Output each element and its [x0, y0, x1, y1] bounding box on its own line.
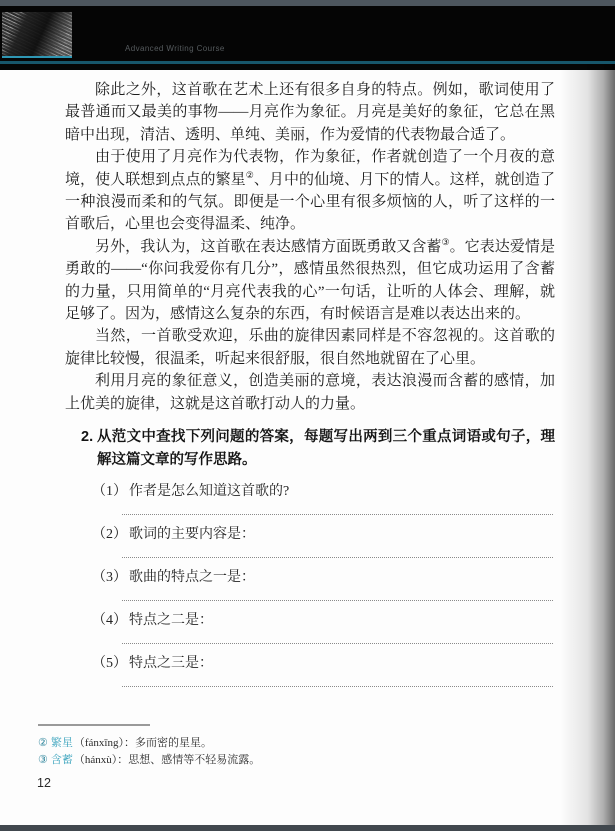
bottom-strip	[0, 825, 615, 831]
book-page: Advanced Writing Course 除此之外，这首歌在艺术上还有很多…	[0, 0, 615, 831]
question-5-marker: （5）	[92, 656, 127, 671]
footnote-3-definition: （hánxù）：思想、感情等不轻易流露。	[74, 754, 260, 766]
answer-blank-line-4	[122, 643, 553, 644]
question-1-marker: （1）	[92, 484, 127, 499]
question-5: （5）特点之三是：	[92, 654, 555, 674]
footnote-ref-3: ③	[441, 237, 449, 247]
question-3: （3）歌曲的特点之一是：	[92, 568, 555, 588]
page-content: 除此之外，这首歌在艺术上还有很多自身的特点。例如，歌词使用了最普通而又最美的事物…	[65, 70, 555, 687]
page-edge-shadow	[560, 64, 615, 825]
question-4-marker: （4）	[92, 613, 127, 628]
paragraph-1: 除此之外，这首歌在艺术上还有很多自身的特点。例如，歌词使用了最普通而又最美的事物…	[65, 79, 555, 146]
question-1: （1）作者是怎么知道这首歌的?	[92, 482, 555, 502]
paragraph-5-text: 利用月亮的象征意义，创造美丽的意境，表达浪漫而含蓄的感情，加上优美的旋律，这就是…	[65, 373, 555, 411]
footnote-2-definition: （fánxīng）：多而密的星星。	[74, 737, 212, 749]
question-2-marker: （2）	[92, 527, 127, 542]
answer-blank-line-3	[122, 600, 553, 601]
footnotes-section: ②繁星（fánxīng）：多而密的星星。 ③含蓄（hánxù）：思想、感情等不轻…	[38, 724, 458, 768]
paragraph-1-text: 除此之外，这首歌在艺术上还有很多自身的特点。例如，歌词使用了最普通而又最美的事物…	[65, 82, 555, 143]
footnote-3: ③含蓄（hánxù）：思想、感情等不轻易流露。	[38, 752, 458, 769]
answer-blank-line-1	[122, 514, 553, 515]
answer-blank-line-2	[122, 557, 553, 558]
paragraph-4-text: 当然，一首歌受欢迎，乐曲的旋律因素同样是不容忽视的。这首歌的旋律比较慢，很温柔，…	[65, 328, 555, 366]
question-1-text: 作者是怎么知道这首歌的?	[129, 484, 289, 499]
footnote-2-marker: ②	[38, 737, 48, 749]
question-list: （1）作者是怎么知道这首歌的? （2）歌词的主要内容是： （3）歌曲的特点之一是…	[65, 482, 555, 687]
header-photo	[2, 12, 72, 58]
paragraph-3: 另外，我认为，这首歌在表达感情方面既勇敢又含蓄③。它表达爱情是勇敢的——“你问我…	[65, 236, 555, 326]
header-accent-line	[0, 61, 615, 64]
header-bar: Advanced Writing Course	[0, 6, 615, 70]
footnote-divider	[38, 724, 150, 726]
footnote-ref-2: ②	[246, 170, 254, 180]
question-4: （4）特点之二是：	[92, 611, 555, 631]
page-number: 12	[37, 776, 51, 790]
question-2-text: 歌词的主要内容是：	[129, 527, 255, 542]
paragraph-3-text: 另外，我认为，这首歌在表达感情方面既勇敢又含蓄	[95, 239, 441, 255]
exercise-heading: 2. 从范文中查找下列问题的答案，每题写出两到三个重点词语或句子，理解这篇文章的…	[65, 426, 555, 472]
question-4-text: 特点之二是：	[129, 613, 213, 628]
course-title: Advanced Writing Course	[125, 44, 225, 53]
paragraph-2: 由于使用了月亮作为代表物，作为象征，作者就创造了一个月夜的意境，使人联想到点点的…	[65, 146, 555, 236]
footnote-3-term: 含蓄	[51, 754, 73, 766]
paragraph-4: 当然，一首歌受欢迎，乐曲的旋律因素同样是不容忽视的。这首歌的旋律比较慢，很温柔，…	[65, 325, 555, 370]
top-strip	[0, 0, 615, 6]
question-2: （2）歌词的主要内容是：	[92, 525, 555, 545]
paragraph-5: 利用月亮的象征意义，创造美丽的意境，表达浪漫而含蓄的感情，加上优美的旋律，这就是…	[65, 370, 555, 415]
exercise-instructions: 从范文中查找下列问题的答案，每题写出两到三个重点词语或句子，理解这篇文章的写作思…	[97, 426, 555, 472]
footnote-3-marker: ③	[38, 754, 48, 766]
question-3-text: 歌曲的特点之一是：	[129, 570, 255, 585]
exercise-number: 2.	[81, 426, 97, 472]
answer-blank-line-5	[122, 686, 553, 687]
question-5-text: 特点之三是：	[129, 656, 213, 671]
question-3-marker: （3）	[92, 570, 127, 585]
footnote-2-term: 繁星	[51, 737, 73, 749]
footnote-2: ②繁星（fánxīng）：多而密的星星。	[38, 735, 458, 752]
